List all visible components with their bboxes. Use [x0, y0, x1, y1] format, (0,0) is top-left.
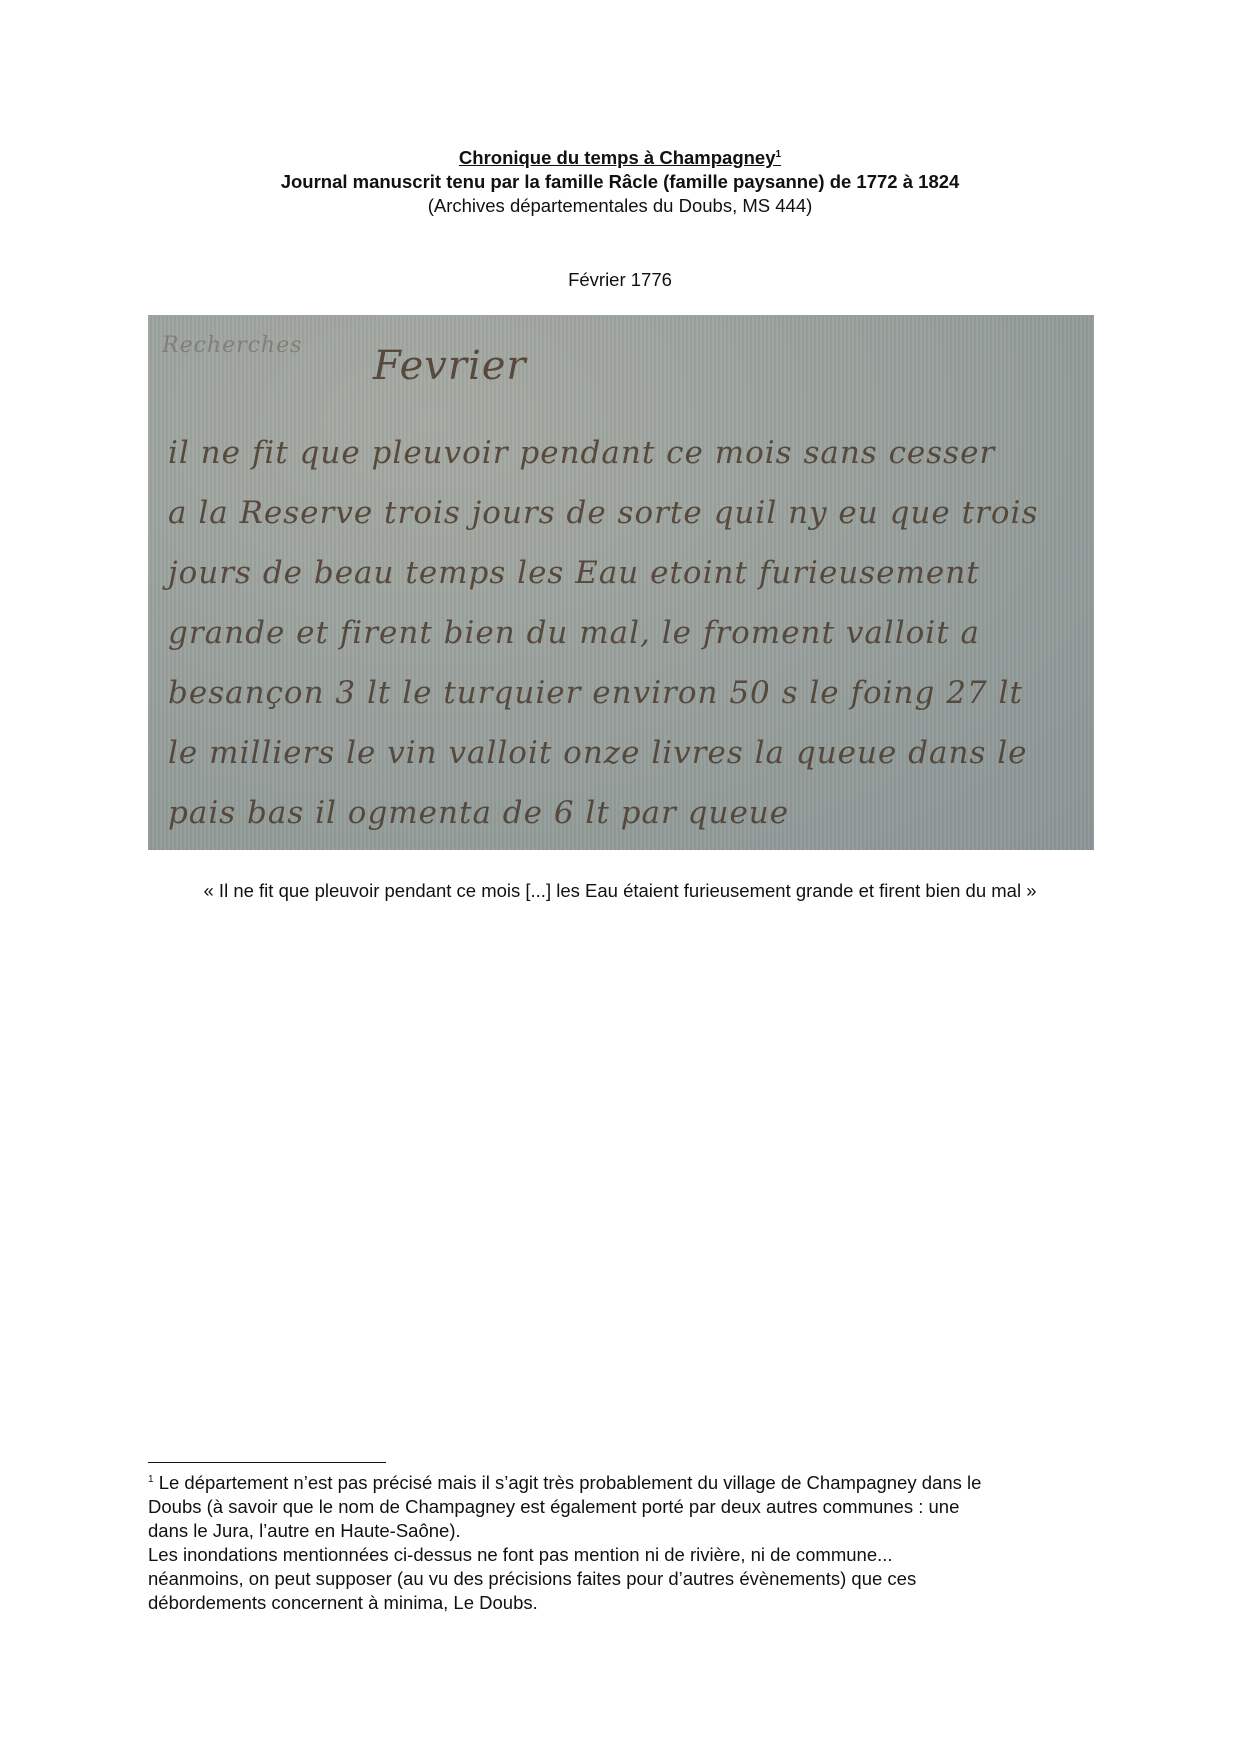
footnote-text: Le département n’est pas précisé mais il…	[154, 1472, 982, 1493]
footnote-line: Doubs (à savoir que le nom de Champagney…	[148, 1495, 1108, 1519]
footnote-reference[interactable]: 1	[776, 149, 782, 160]
manuscript-line: besançon 3 lt le turquier environ 50 s l…	[168, 675, 1023, 711]
manuscript-line: pais bas il ogmenta de 6 lt par queue	[168, 795, 789, 831]
document-header: Chronique du temps à Champagney1 Journal…	[0, 146, 1240, 218]
document-title: Chronique du temps à Champagney1	[0, 146, 1240, 170]
entry-date: Février 1776	[0, 268, 1240, 292]
document-subtitle: Journal manuscrit tenu par la famille Râ…	[0, 170, 1240, 194]
manuscript-line: a la Reserve trois jours de sorte quil n…	[168, 495, 1038, 531]
manuscript-line: grande et firent bien du mal, le froment…	[168, 615, 980, 651]
title-text: Chronique du temps à Champagney	[459, 147, 776, 168]
footnote-line: Les inondations mentionnées ci-dessus ne…	[148, 1543, 1108, 1567]
transcription-quote: « Il ne fit que pleuvoir pendant ce mois…	[0, 879, 1240, 903]
footnote-separator	[148, 1462, 386, 1463]
footnote-line: dans le Jura, l’autre en Haute-Saône).	[148, 1519, 1108, 1543]
footnote-line: débordements concernent à minima, Le Dou…	[148, 1591, 1108, 1615]
manuscript-heading: Fevrier	[373, 343, 527, 389]
archive-source: (Archives départementales du Doubs, MS 4…	[0, 194, 1240, 218]
manuscript-line: il ne fit que pleuvoir pendant ce mois s…	[168, 435, 995, 471]
manuscript-line: jours de beau temps les Eau etoint furie…	[168, 555, 980, 591]
manuscript-line: le milliers le vin valloit onze livres l…	[168, 735, 1028, 771]
footnote-line: 1 Le département n’est pas précisé mais …	[148, 1471, 1108, 1495]
footnote: 1 Le département n’est pas précisé mais …	[148, 1471, 1108, 1615]
manuscript-photo: Recherches Fevrier il ne fit que pleuvoi…	[148, 315, 1094, 850]
footnote-line: néanmoins, on peut supposer (au vu des p…	[148, 1567, 1108, 1591]
manuscript-margin-note: Recherches	[162, 333, 302, 358]
